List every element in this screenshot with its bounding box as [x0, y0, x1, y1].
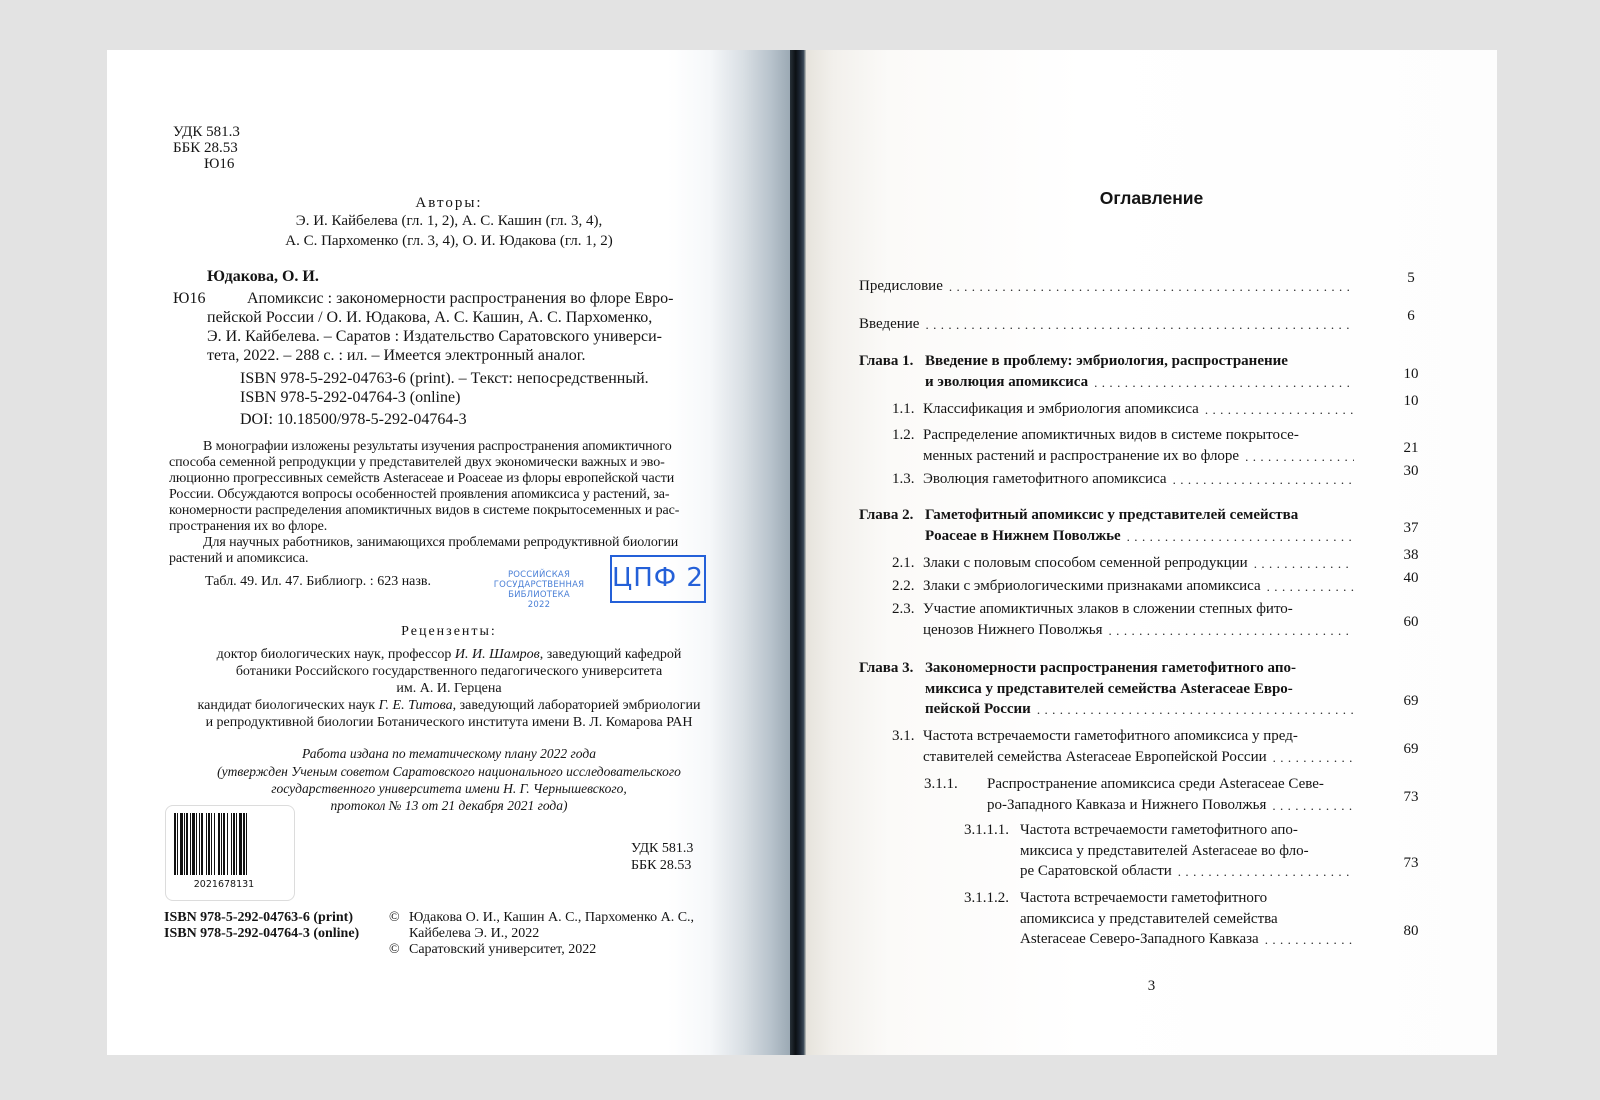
toc-title-line: Классификация и эмбриология апомиксиса	[923, 401, 1199, 418]
toc-title-line: Злаки с половым способом семенной репрод…	[923, 555, 1248, 572]
toc-title-line: миксиса у представителей Asteraceae во ф…	[1020, 843, 1309, 860]
audience-line: растений и апомиксиса.	[169, 551, 308, 567]
dot-leader: ........................................…	[1265, 932, 1354, 948]
copyright-block: ©Юдакова О. И., Кашин А. С., Пархоменко …	[389, 910, 694, 958]
stamp-line: ГОСУДАРСТВЕННАЯ	[479, 580, 599, 590]
bbk-code: ББК 28.53	[173, 140, 240, 156]
barcode	[174, 813, 282, 875]
abstract-line: способа семенной репродукции у представи…	[169, 455, 665, 471]
bib-line: Э. И. Кайбелева. – Саратов : Издательств…	[207, 328, 662, 346]
bib-line: Апомиксис : закономерности распространен…	[247, 290, 673, 308]
classification-codes-bottom: УДК 581.3 ББК 28.53	[631, 840, 693, 874]
abstract-line: России. Обсуждаются вопросы особенностей…	[169, 487, 670, 503]
toc-number: Глава 2.	[859, 507, 913, 524]
toc-title-line: пейской России	[925, 701, 1031, 718]
toc-page-number: 10	[1396, 393, 1426, 410]
toc-title-line: апомиксиса у представителей семейства	[1020, 911, 1278, 928]
toc-title-line: Введение	[859, 316, 919, 333]
plan-line: (утвержден Ученым советом Саратовского н…	[107, 764, 791, 780]
copyright-icon: ©	[389, 910, 409, 926]
toc-title-line: Введение в проблему: эмбриология, распро…	[925, 353, 1288, 370]
dot-leader: ........................................…	[1245, 449, 1354, 465]
toc-number: 1.3.	[892, 471, 915, 488]
bibliography-stats: Табл. 49. Ил. 47. Библиогр. : 623 назв.	[205, 574, 431, 590]
contents-page: Оглавление Предисловие..................…	[806, 50, 1497, 1055]
toc-number: Глава 1.	[859, 353, 913, 370]
abstract-line: люционно прогрессивных семейств Asterace…	[169, 471, 674, 487]
copyright-line: Кайбелева Э. И., 2022	[409, 926, 539, 942]
barcode-sticker: 2021678131	[165, 805, 295, 901]
isbn-online: ISBN 978-5-292-04764-3 (online)	[240, 389, 460, 407]
copyright-icon: ©	[389, 942, 409, 958]
barcode-number: 2021678131	[166, 879, 282, 890]
plan-line: государственного университета имени Н. Г…	[107, 781, 791, 797]
toc-page-number: 69	[1396, 693, 1426, 710]
toc-page-number: 10	[1396, 366, 1426, 383]
bib-line: пейской России / О. И. Юдакова, А. С. Ка…	[207, 309, 652, 327]
isbn-block: ISBN 978-5-292-04763-6 (print) ISBN 978-…	[164, 910, 359, 942]
reviewer-line: кандидат биологических наук Г. Е. Титова…	[107, 698, 791, 714]
toc-number: 3.1.1.2.	[964, 890, 1009, 907]
toc-page-number: 37	[1396, 520, 1426, 537]
toc-number: 1.1.	[892, 401, 915, 418]
dot-leader: ........................................…	[1037, 702, 1354, 718]
dot-leader: ........................................…	[1178, 864, 1354, 880]
toc-page-number: 30	[1396, 463, 1426, 480]
book-binding	[790, 50, 806, 1055]
toc-page-number: 69	[1396, 741, 1426, 758]
toc-title-line: Частота встречаемости гаметофитного апо-	[1020, 822, 1298, 839]
dot-leader: ........................................…	[1173, 472, 1354, 488]
dot-leader: ........................................…	[1205, 402, 1354, 418]
toc-title-line: ро-Западного Кавказа и Нижнего Поволжья	[987, 797, 1266, 814]
copyright-line: Юдакова О. И., Кашин А. С., Пархоменко А…	[409, 910, 694, 926]
toc-page-number: 80	[1396, 923, 1426, 940]
dot-leader: ........................................…	[1127, 529, 1354, 545]
isbn-online: ISBN 978-5-292-04764-3 (online)	[164, 926, 359, 942]
book-spread: УДК 581.3 ББК 28.53 Ю16 Авторы: Э. И. Ка…	[107, 50, 1497, 1055]
toc-number: 1.2.	[892, 427, 915, 444]
abstract-line: пространения их во флоре.	[169, 519, 327, 535]
reviewers-heading: Рецензенты:	[107, 624, 791, 640]
reviewer-name: Г. Е. Титова	[379, 698, 453, 713]
plan-line: Работа издана по тематическому плану 202…	[107, 746, 791, 762]
reviewer-line: им. А. И. Герцена	[107, 681, 791, 697]
dot-leader: ........................................…	[1109, 623, 1354, 639]
toc-title-line: ре Саратовской области	[1020, 863, 1172, 880]
toc-number: 2.3.	[892, 601, 915, 618]
toc-title-line: Poaceae в Нижнем Поволжье	[925, 528, 1121, 545]
toc-page-number: 38	[1396, 547, 1426, 564]
library-stamp: РОССИЙСКАЯ ГОСУДАРСТВЕННАЯ БИБЛИОТЕКА 20…	[479, 570, 599, 610]
toc-page-number: 73	[1396, 789, 1426, 806]
reviewer-name: И. И. Шамров	[455, 647, 540, 662]
toc-title-line: Закономерности распространения гаметофит…	[925, 660, 1296, 677]
stamp-line: 2022	[479, 600, 599, 610]
authors-line: А. С. Пархоменко (гл. 3, 4), О. И. Юдако…	[107, 233, 791, 250]
toc-page-number: 6	[1396, 308, 1426, 325]
reviewer-line: доктор биологических наук, профессор И. …	[107, 647, 791, 663]
udk-code: УДК 581.3	[173, 124, 240, 140]
abstract-line: кономерности распределения апомиктичных …	[169, 503, 679, 519]
toc-number: 3.1.	[892, 728, 915, 745]
toc-title: Оглавление	[806, 188, 1497, 209]
toc-title-line: Частота встречаемости гаметофитного	[1020, 890, 1267, 907]
isbn-print: ISBN 978-5-292-04763-6 (print). – Текст:…	[240, 370, 649, 388]
abstract-line: В монографии изложены результаты изучени…	[203, 439, 672, 455]
toc-title-line: миксиса у представителей семейства Aster…	[925, 681, 1293, 698]
doi: DOI: 10.18500/978-5-292-04764-3	[240, 411, 467, 429]
dot-leader: ........................................…	[1094, 375, 1354, 391]
toc-number: 2.1.	[892, 555, 915, 572]
page-number: 3	[806, 978, 1497, 995]
toc-title-line: Злаки с эмбриологическими признаками апо…	[923, 578, 1261, 595]
stamp-line: РОССИЙСКАЯ	[479, 570, 599, 580]
copyright-line: Саратовский университет, 2022	[409, 942, 596, 958]
toc-title-line: Частота встречаемости гаметофитного апом…	[923, 728, 1298, 745]
author-mark: Ю16	[173, 156, 240, 172]
toc-title-line: ставителей семейства Asteraceae Европейс…	[923, 749, 1267, 766]
dot-leader: ........................................…	[925, 317, 1354, 333]
lead-author: Юдакова, О. И.	[207, 268, 319, 286]
dot-leader: ........................................…	[949, 279, 1354, 295]
authors-heading: Авторы:	[107, 195, 791, 212]
toc-title-line: Участие апомиктичных злаков в сложении с…	[923, 601, 1293, 618]
authors-line: Э. И. Кайбелева (гл. 1, 2), А. С. Кашин …	[107, 213, 791, 230]
dot-leader: ........................................…	[1273, 750, 1354, 766]
toc-number: 3.1.1.1.	[964, 822, 1009, 839]
toc-title-line: Asteraceae Северо-Западного Кавказа	[1020, 931, 1259, 948]
classification-codes: УДК 581.3 ББК 28.53 Ю16	[173, 124, 240, 172]
toc-page-number: 5	[1396, 270, 1426, 287]
toc-title-line: Гаметофитный апомиксис у представителей …	[925, 507, 1298, 524]
toc-page-number: 21	[1396, 440, 1426, 457]
toc-title-line: Эволюция гаметофитного апомиксиса	[923, 471, 1167, 488]
toc-number: 3.1.1.	[924, 776, 958, 793]
toc-page-number: 40	[1396, 570, 1426, 587]
toc-title-line: и эволюция апомиксиса	[925, 374, 1088, 391]
catalog-code: Ю16	[173, 290, 205, 308]
bbk-code: ББК 28.53	[631, 857, 693, 874]
dot-leader: ........................................…	[1254, 556, 1354, 572]
dot-leader: ........................................…	[1267, 579, 1354, 595]
toc-title-line: Предисловие	[859, 278, 943, 295]
toc-number: Глава 3.	[859, 660, 913, 677]
bib-line: тета, 2022. – 288 с. : ил. – Имеется эле…	[207, 347, 586, 365]
toc-number: 2.2.	[892, 578, 915, 595]
toc-title-line: менных растений и распространение их во …	[923, 448, 1239, 465]
reviewer-line: ботаники Российского государственного пе…	[107, 664, 791, 680]
reviewer-line: и репродуктивной биологии Ботанического …	[107, 715, 791, 731]
udk-code: УДК 581.3	[631, 840, 693, 857]
audience-line: Для научных работников, занимающихся про…	[203, 535, 678, 551]
isbn-print: ISBN 978-5-292-04763-6 (print)	[164, 910, 359, 926]
toc-page-number: 73	[1396, 855, 1426, 872]
toc-page-number: 60	[1396, 614, 1426, 631]
copyright-page: УДК 581.3 ББК 28.53 Ю16 Авторы: Э. И. Ка…	[107, 50, 791, 1055]
toc-title-line: Распределение апомиктичных видов в систе…	[923, 427, 1299, 444]
toc-title-line: ценозов Нижнего Поволжья	[923, 622, 1103, 639]
stamp-line: БИБЛИОТЕКА	[479, 590, 599, 600]
cpf-stamp: ЦПФ 2	[610, 555, 706, 603]
dot-leader: ........................................…	[1272, 798, 1354, 814]
toc-title-line: Распространение апомиксиса среди Asterac…	[987, 776, 1324, 793]
